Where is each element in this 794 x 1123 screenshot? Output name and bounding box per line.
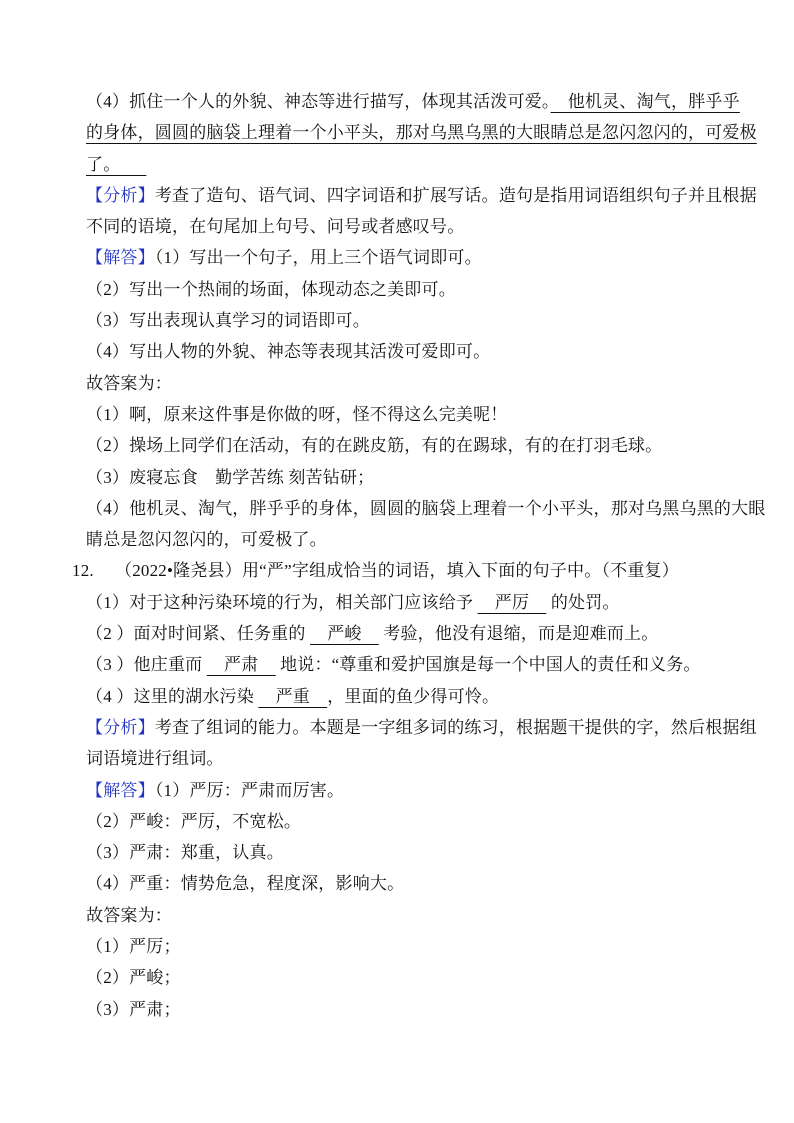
text-line: 词语境进行组词。 bbox=[86, 743, 736, 774]
text-segment: 考查了造句、语气词、四字词语和扩展写话。造句是指用词语组织句子并且根据 bbox=[155, 186, 757, 205]
text-segment: 故答案为： bbox=[86, 374, 172, 393]
text-segment: （2）写出一个热闹的场面，体现动态之美即可。 bbox=[86, 280, 456, 299]
text-segment: ，里面的鱼少得可怜。 bbox=[327, 687, 499, 706]
underlined-answer-text: 严峻 bbox=[310, 624, 379, 643]
text-segment: 词语境进行组词。 bbox=[86, 749, 224, 768]
text-line: 睛总是忽闪忽闪的，可爱极了。 bbox=[86, 524, 736, 555]
text-segment: （1）啊，原来这件事是你做的呀，怪不得这么完美呢！ bbox=[86, 405, 508, 424]
text-segment: （3）写出表现认真学习的词语即可。 bbox=[86, 311, 370, 330]
text-line: （2）严峻； bbox=[86, 962, 736, 993]
text-segment: 睛总是忽闪忽闪的，可爱极了。 bbox=[86, 530, 327, 549]
text-segment: （4）严重：情势危急，程度深，影响大。 bbox=[86, 874, 404, 893]
text-segment: 地说：“尊重和爱护国旗是每一个中国人的责任和义务。 bbox=[276, 655, 701, 674]
section-label: 【解答】 bbox=[86, 781, 155, 800]
document-page: （4）抓住一个人的外貌、神态等进行描写，体现其活泼可爱。 他机灵、淘气，胖乎乎的… bbox=[0, 0, 794, 1123]
underlined-answer-text: 的身体，圆圆的脑袋上理着一个小平头，那对乌黑乌黑的大眼睛总是忽闪忽闪的，可爱极 bbox=[86, 123, 757, 142]
text-line: （3）废寝忘食 勤学苦练 刻苦钻研； bbox=[86, 462, 736, 493]
text-line: 故答案为： bbox=[86, 900, 736, 931]
question-number: 12. bbox=[72, 555, 115, 586]
text-segment: 考验，他没有退缩，而是迎难而上。 bbox=[379, 624, 659, 643]
text-segment: 不同的语境，在句尾加上句号、问号或者感叹号。 bbox=[86, 217, 464, 236]
underlined-answer-text: 严重 bbox=[258, 687, 327, 706]
text-line: （1）对于这种污染环境的行为，相关部门应该给予 严厉 的处罚。 bbox=[86, 587, 736, 618]
text-segment: （1）对于这种污染环境的行为，相关部门应该给予 bbox=[86, 593, 478, 612]
text-segment: （4 ）这里的湖水污染 bbox=[86, 687, 258, 706]
text-line: （4 ）这里的湖水污染 严重 ，里面的鱼少得可怜。 bbox=[86, 681, 736, 712]
underlined-answer-text: 严厉 bbox=[478, 593, 547, 612]
text-line: （2）严峻：严厉，不宽松。 bbox=[86, 806, 736, 837]
text-line: 【解答】（1）写出一个句子，用上三个语气词即可。 bbox=[86, 242, 736, 273]
text-line: （4）他机灵、淘气，胖乎乎的身体，圆圆的脑袋上理着一个小平头，那对乌黑乌黑的大眼 bbox=[86, 493, 736, 524]
text-segment: （3）严肃； bbox=[86, 1000, 181, 1019]
text-line: （2 ）面对时间紧、任务重的 严峻 考验，他没有退缩，而是迎难而上。 bbox=[86, 618, 736, 649]
text-line: 12.（2022•隆尧县）用“严”字组成恰当的词语，填入下面的句子中。（不重复） bbox=[72, 555, 736, 586]
text-line: （4）严重：情势危急，程度深，影响大。 bbox=[86, 868, 736, 899]
text-line: （3）严肃：郑重，认真。 bbox=[86, 837, 736, 868]
section-label: 【分析】 bbox=[86, 718, 155, 737]
text-line: 的身体，圆圆的脑袋上理着一个小平头，那对乌黑乌黑的大眼睛总是忽闪忽闪的，可爱极 bbox=[86, 117, 736, 148]
text-segment: （4）他机灵、淘气，胖乎乎的身体，圆圆的脑袋上理着一个小平头，那对乌黑乌黑的大眼 bbox=[86, 499, 766, 518]
document-body: （4）抓住一个人的外貌、神态等进行描写，体现其活泼可爱。 他机灵、淘气，胖乎乎的… bbox=[86, 86, 736, 1025]
text-line: 了。 bbox=[86, 149, 736, 180]
text-segment: （4）写出人物的外貌、神态等表现其活泼可爱即可。 bbox=[86, 342, 490, 361]
text-segment: （1）严厉：严肃而厉害。 bbox=[155, 781, 344, 800]
text-line: （3）严肃； bbox=[86, 994, 736, 1025]
text-line: 【分析】考查了造句、语气词、四字词语和扩展写话。造句是指用词语组织句子并且根据 bbox=[86, 180, 736, 211]
text-segment: （2）操场上同学们在活动，有的在跳皮筋，有的在踢球，有的在打羽毛球。 bbox=[86, 436, 662, 455]
underlined-answer-text: 了。 bbox=[86, 155, 146, 174]
text-line: （4）写出人物的外貌、神态等表现其活泼可爱即可。 bbox=[86, 336, 736, 367]
text-segment: （2 ）面对时间紧、任务重的 bbox=[86, 624, 310, 643]
text-line: （3）写出表现认真学习的词语即可。 bbox=[86, 305, 736, 336]
text-segment: （3）严肃：郑重，认真。 bbox=[86, 843, 284, 862]
text-line: （4）抓住一个人的外貌、神态等进行描写，体现其活泼可爱。 他机灵、淘气，胖乎乎 bbox=[86, 86, 736, 117]
text-line: （1）啊，原来这件事是你做的呀，怪不得这么完美呢！ bbox=[86, 399, 736, 430]
text-segment: （4）抓住一个人的外貌、神态等进行描写，体现其活泼可爱。 bbox=[86, 92, 551, 111]
text-segment: （2）严峻：严厉，不宽松。 bbox=[86, 812, 301, 831]
text-line: （2）写出一个热闹的场面，体现动态之美即可。 bbox=[86, 274, 736, 305]
text-line: 故答案为： bbox=[86, 368, 736, 399]
text-line: （1）严厉； bbox=[86, 931, 736, 962]
section-label: 【解答】 bbox=[86, 248, 155, 267]
text-segment: （1）严厉； bbox=[86, 937, 181, 956]
text-line: 【解答】（1）严厉：严肃而厉害。 bbox=[86, 775, 736, 806]
section-label: 【分析】 bbox=[86, 186, 155, 205]
text-segment: （1）写出一个句子，用上三个语气词即可。 bbox=[155, 248, 482, 267]
underlined-answer-text: 严肃 bbox=[207, 655, 276, 674]
text-segment: 的处罚。 bbox=[546, 593, 619, 612]
text-line: （2）操场上同学们在活动，有的在跳皮筋，有的在踢球，有的在打羽毛球。 bbox=[86, 430, 736, 461]
text-line: 不同的语境，在句尾加上句号、问号或者感叹号。 bbox=[86, 211, 736, 242]
text-line: 【分析】考查了组词的能力。本题是一字组多词的练习，根据题干提供的字，然后根据组 bbox=[86, 712, 736, 743]
text-segment: （3 ）他庄重而 bbox=[86, 655, 207, 674]
text-segment: （2022•隆尧县）用“严”字组成恰当的词语，填入下面的句子中。（不重复） bbox=[115, 561, 679, 580]
text-segment: （3）废寝忘食 勤学苦练 刻苦钻研； bbox=[86, 468, 374, 487]
underlined-answer-text: 他机灵、淘气，胖乎乎 bbox=[551, 92, 740, 111]
text-segment: 考查了组词的能力。本题是一字组多词的练习，根据题干提供的字，然后根据组 bbox=[155, 718, 757, 737]
text-line: （3 ）他庄重而 严肃 地说：“尊重和爱护国旗是每一个中国人的责任和义务。 bbox=[86, 649, 736, 680]
page-background: { "page": { "background_color": "#ffffff… bbox=[0, 0, 794, 1123]
text-segment: （2）严峻； bbox=[86, 968, 181, 987]
text-segment: 故答案为： bbox=[86, 906, 172, 925]
